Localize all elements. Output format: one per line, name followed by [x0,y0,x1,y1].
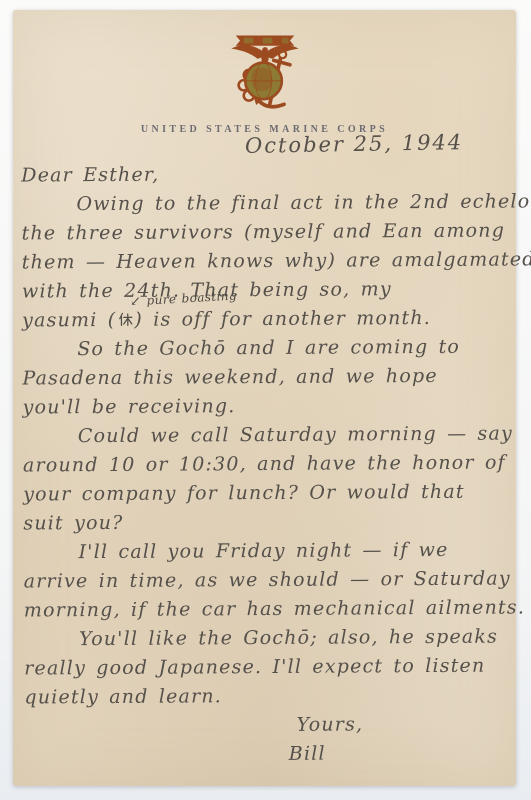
letter-line: you'll be receiving. [23,391,509,423]
signature: Bill [25,739,511,771]
letter-line: Owing to the final act in the 2nd echelo… [21,188,507,220]
letter-line: around 10 or 10:30, and have the honor o… [23,449,509,481]
letter-photo: UNITED STATES MARINE CORPS October 25, 1… [0,0,531,800]
letter-line: your company for lunch? Or would that [23,478,509,510]
letter-line: So the Gochō and I are coming to [22,333,508,365]
usmc-eagle-globe-anchor-icon [221,34,309,116]
closing: Yours, [25,710,511,742]
yasumi-text-post: ) is off for another month. [134,307,431,331]
letter-line: the three survivors (myself and Ean amon… [21,217,507,249]
letter-line: suit you? [23,507,509,539]
letter-paper: UNITED STATES MARINE CORPS October 25, 1… [13,10,516,786]
letter-line: them — Heaven knows why) are amalgamated [22,246,508,278]
letter-date: October 25, 1944 [245,130,464,158]
letter-line: Could we call Saturday morning — say [23,420,509,452]
letter-line: arrive in time, as we should — or Saturd… [24,565,510,597]
closing-block: Yours, Bill [25,710,511,771]
letter-line: quietly and learn. [24,681,510,713]
kanji-yasumi-icon [117,311,133,328]
letter-line: Pasadena this weekend, and we hope [22,362,508,394]
letter-line: You'll like the Gochō; also, he speaks [24,623,510,655]
letter-line: really good Japanese. I'll expect to lis… [24,652,510,684]
salutation: Dear Esther, [21,159,507,191]
letter-body: Dear Esther, Owing to the final act in t… [21,159,511,771]
annotation-arrow-icon: ↙ [130,294,142,310]
letterhead: UNITED STATES MARINE CORPS [13,34,516,135]
yasumi-text-pre: yasumi ( [22,309,116,332]
letter-line: morning, if the car has mechanical ailme… [24,594,510,626]
letter-line-yasumi: yasumi () is off for another month. ↙ pu… [22,304,508,336]
letter-line: with the 24th. That being so, my [22,275,508,307]
letter-line: I'll call you Friday night — if we [23,536,509,568]
